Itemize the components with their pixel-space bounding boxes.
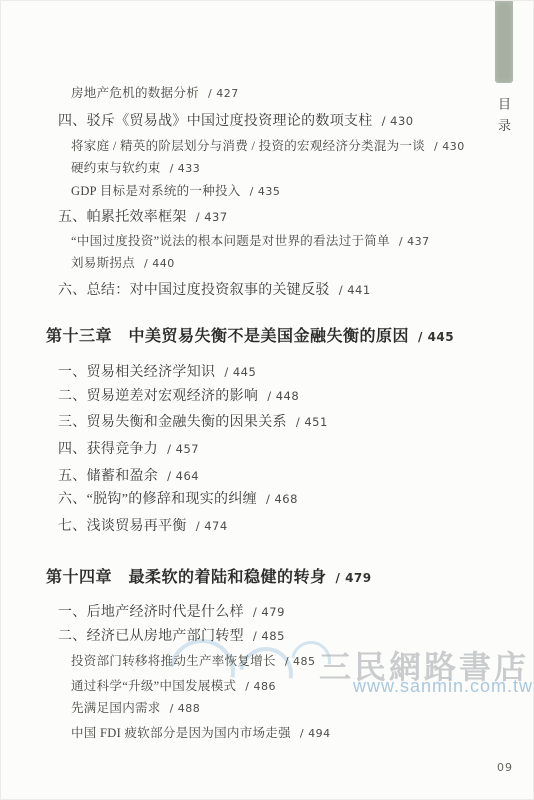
toc-entry: 三、贸易失衡和金融失衡的因果关系/ 451 — [58, 411, 328, 431]
toc-entry-page: / 457 — [167, 442, 199, 456]
toc-entry-page: / 485 — [285, 655, 316, 668]
toc-entry: 六、总结：对中国过度投资叙事的关键反驳/ 441 — [58, 279, 371, 299]
toc-entry-page: / 485 — [253, 629, 285, 643]
toc-entry-page: / 437 — [399, 235, 430, 248]
toc-entry-page: / 427 — [208, 87, 239, 100]
toc-entry-page: / 440 — [144, 257, 175, 270]
toc-entry-page: / 486 — [245, 680, 276, 693]
toc-entry: 将家庭 / 精英的阶层划分与消费 / 投资的宏观经济分类混为一谈/ 430 — [71, 136, 465, 154]
toc-entry-page: / 445 — [418, 330, 454, 344]
toc-entry-page: / 488 — [170, 702, 201, 715]
toc-entry: 五、储蓄和盈余/ 464 — [58, 465, 199, 485]
toc-entry: 六、“脱钩”的修辞和现实的纠缠/ 468 — [58, 488, 298, 508]
toc-entry-title: GDP 目标是对系统的一种投入 — [71, 184, 241, 198]
toc-entry-page: / 430 — [382, 114, 414, 128]
toc-entry: 五、帕累托效率框架/ 437 — [58, 206, 228, 226]
bookstore-watermark-url: www.sanmin.com.tw — [353, 676, 533, 697]
toc-entry: 一、后地产经济时代是什么样/ 479 — [58, 601, 285, 621]
toc-entry-page: / 433 — [170, 162, 201, 175]
book-toc-page: 目录 三民網路書店 www.sanmin.com.tw 房地产危机的数据分析/ … — [0, 0, 534, 800]
toc-entry-title: 硬约束与软约束 — [71, 161, 161, 175]
toc-entry: 通过科学“升级”中国发展模式/ 486 — [71, 676, 276, 694]
toc-entry-page: / 445 — [224, 365, 256, 379]
toc-entry: 第十三章 中美贸易失衡不是美国金融失衡的原因/ 445 — [46, 323, 454, 346]
toc-entry-title: 五、帕累托效率框架 — [58, 210, 187, 225]
toc-entry: 一、贸易相关经济学知识/ 445 — [58, 361, 256, 381]
toc-entry: 第十四章 最柔软的着陆和稳健的转身/ 479 — [46, 564, 372, 587]
toc-entry-title: 七、浅谈贸易再平衡 — [58, 519, 187, 534]
toc-entry-page: / 479 — [336, 571, 372, 585]
toc-entry: 刘易斯拐点/ 440 — [71, 253, 175, 271]
toc-entry-title: 五、储蓄和盈余 — [58, 469, 158, 484]
toc-vertical-label: 目录 — [495, 97, 513, 140]
toc-entry-title: 第十三章 中美贸易失衡不是美国金融失衡的原因 — [46, 328, 409, 345]
toc-entry-page: / 448 — [267, 389, 299, 403]
toc-entry-title: 二、贸易逆差对宏观经济的影响 — [58, 389, 258, 404]
toc-entry-page: / 441 — [339, 283, 371, 297]
toc-entry: 硬约束与软约束/ 433 — [71, 158, 200, 176]
toc-entry-page: / 474 — [196, 519, 228, 533]
toc-entry-title: 三、贸易失衡和金融失衡的因果关系 — [58, 415, 287, 430]
toc-entry-title: 四、驳斥《贸易战》中国过度投资理论的数项支柱 — [58, 114, 373, 129]
toc-entry-page: / 468 — [266, 492, 298, 506]
toc-entry-title: 六、“脱钩”的修辞和现实的纠缠 — [58, 492, 257, 507]
toc-entry-title: 先满足国内需求 — [71, 701, 161, 715]
toc-entry-title: 通过科学“升级”中国发展模式 — [71, 679, 236, 693]
toc-entry: 四、驳斥《贸易战》中国过度投资理论的数项支柱/ 430 — [58, 110, 414, 130]
toc-entry-title: 第十四章 最柔软的着陆和稳健的转身 — [46, 569, 327, 586]
toc-entry: 四、获得竞争力/ 457 — [58, 438, 199, 458]
toc-entry: GDP 目标是对系统的一种投入/ 435 — [71, 181, 280, 199]
toc-entry-page: / 479 — [253, 605, 285, 619]
toc-entry-title: 将家庭 / 精英的阶层划分与消费 / 投资的宏观经济分类混为一谈 — [71, 139, 425, 153]
toc-entry-page: / 464 — [167, 469, 199, 483]
toc-entry-title: “中国过度投资”说法的根本问题是对世界的看法过于简单 — [71, 234, 390, 248]
bookstore-watermark-name: 三民網路書店 — [319, 642, 529, 688]
page-number: 09 — [497, 761, 513, 774]
toc-entry-page: / 451 — [296, 415, 328, 429]
toc-entry: 先满足国内需求/ 488 — [71, 698, 200, 716]
toc-entry-page: / 437 — [196, 210, 228, 224]
toc-entry-title: 二、经济已从房地产部门转型 — [58, 629, 244, 644]
toc-entry: 二、经济已从房地产部门转型/ 485 — [58, 625, 285, 645]
toc-entry-title: 刘易斯拐点 — [71, 256, 135, 270]
toc-entry-title: 房地产危机的数据分析 — [71, 86, 199, 100]
toc-entry: 七、浅谈贸易再平衡/ 474 — [58, 515, 228, 535]
toc-entry: 中国 FDI 疲软部分是因为国内市场走强/ 494 — [71, 723, 331, 741]
toc-entry-title: 四、获得竞争力 — [58, 442, 158, 457]
toc-entry-title: 六、总结：对中国过度投资叙事的关键反驳 — [58, 283, 330, 298]
toc-entry-title: 中国 FDI 疲软部分是因为国内市场走强 — [71, 726, 291, 740]
toc-entry-title: 一、后地产经济时代是什么样 — [58, 605, 244, 620]
toc-entry-page: / 494 — [300, 727, 331, 740]
chapter-tab-bar — [495, 1, 513, 83]
toc-entry: 投资部门转移将推动生产率恢复增长/ 485 — [71, 651, 316, 669]
toc-entry: 二、贸易逆差对宏观经济的影响/ 448 — [58, 385, 299, 405]
toc-entry: “中国过度投资”说法的根本问题是对世界的看法过于简单/ 437 — [71, 231, 430, 249]
bookstore-logo-arc-icon — [228, 636, 303, 711]
toc-entry-title: 一、贸易相关经济学知识 — [58, 365, 215, 380]
toc-entry: 房地产危机的数据分析/ 427 — [71, 83, 239, 101]
toc-entry-title: 投资部门转移将推动生产率恢复增长 — [71, 654, 276, 668]
toc-entry-page: / 435 — [250, 185, 281, 198]
toc-entry-page: / 430 — [434, 140, 465, 153]
